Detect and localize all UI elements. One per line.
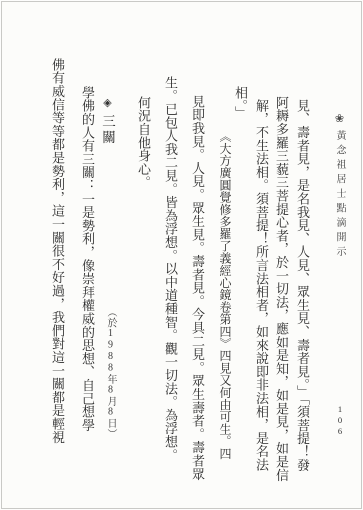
paragraph-column: 學佛的人有三關：一是勢利，像崇拜權威的思想、自己想學 [77,86,97,432]
sutra-quote-column: 解，不生法相。須菩提！所言法相者，如來說即非法相，是名法 [251,99,271,471]
page-number: 106 [333,404,347,437]
paragraph-column: 佛有威信等等都是勢利，這一關很不好過，我們對這一關都是輕視 [47,58,67,444]
citation-column: 《大方廣圓覺修多羅了義經心鏡卷第四》四見又何由可生。四 [215,130,235,459]
running-head-title: 黃念祖居士點滴開示 [334,130,345,261]
commentary-column: 見即我見。人見。眾生見。壽者見。今具二見。眾生壽者。壽者眾 [187,95,207,481]
commentary-column: 何況自他身心。 [133,96,153,189]
flower-ornament-icon: ❀ [333,112,345,125]
sutra-quote-column: 見、壽者見，是名我見、人見、眾生見、壽者見。」「須菩提！發 [292,99,312,472]
section-header: ◈三關 [97,96,117,146]
diamond-ornament-icon: ◈ [101,96,113,109]
date-note: （於1988年8月8日） [102,307,118,439]
sutra-quote-column: 阿耨多羅三藐三菩提心者，於一切法，應如是知，如是見，如是信 [271,96,291,482]
section-title: 三關 [100,114,115,146]
sutra-quote-column: 相。」 [230,86,250,119]
commentary-column: 生。已包人我二見。皆為浮想。以中道種智。觀一切法。為浮想。 [160,76,180,462]
running-head: ❀黃念祖居士點滴開示 [330,112,348,261]
